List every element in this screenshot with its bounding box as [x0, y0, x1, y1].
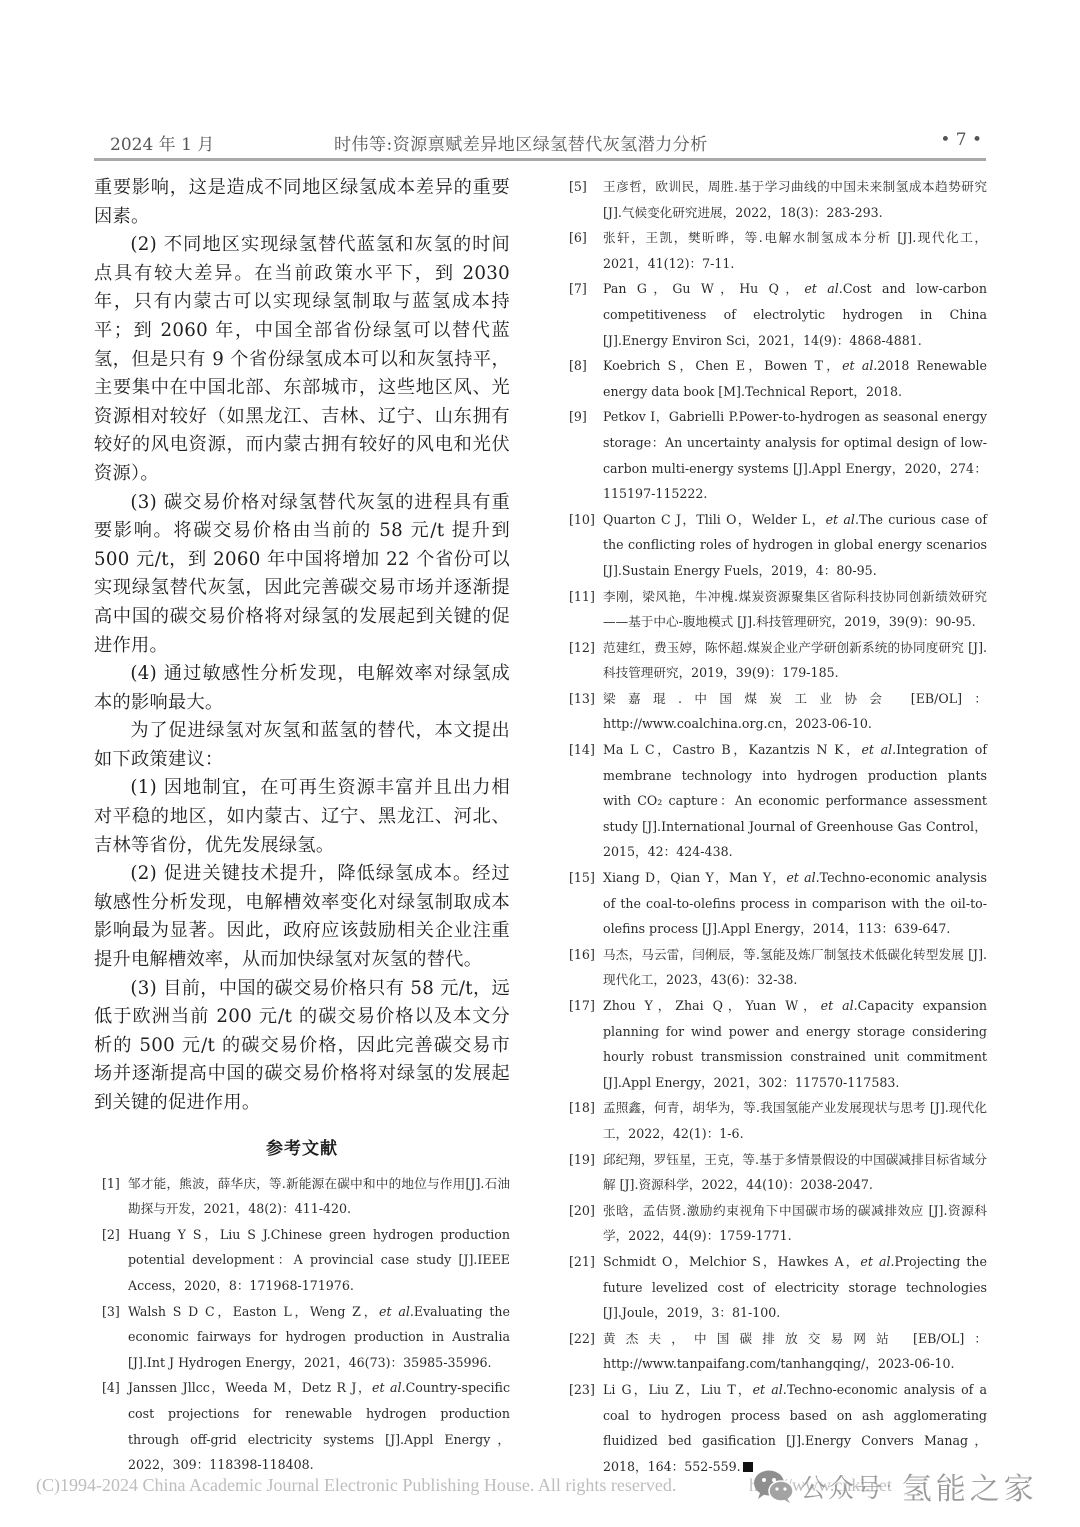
- reference-number: [14]: [569, 737, 595, 763]
- reference-number: [18]: [569, 1095, 595, 1121]
- reference-item: [2]Huang Y S，Liu S J.Chinese green hydro…: [94, 1222, 510, 1299]
- reference-text: 邱纪翔，罗钰星，王克，等.基于多情景假设的中国碳减排目标省域分解 [J].资源科…: [603, 1152, 987, 1193]
- reference-number: [8]: [569, 353, 587, 379]
- reference-item: [13]梁嘉琨.中国煤炭工业协会 [EB/OL]：http://www.coal…: [567, 686, 987, 737]
- reference-authors: Zhou Y，Zhai Q，Yuan W，: [603, 998, 821, 1013]
- reference-item: [19]邱纪翔，罗钰星，王克，等.基于多情景假设的中国碳减排目标省域分解 [J]…: [567, 1147, 987, 1198]
- watermark-label: 公众号: [800, 1468, 884, 1505]
- reference-text: Huang Y S，Liu S J.Chinese green hydrogen…: [128, 1227, 510, 1293]
- et-al: et al.: [826, 512, 859, 527]
- et-al: et al.: [753, 1382, 787, 1397]
- reference-number: [7]: [569, 276, 587, 302]
- watermark-separator: ·: [886, 1476, 892, 1497]
- et-al: et al.: [379, 1304, 414, 1319]
- reference-number: [19]: [569, 1147, 595, 1173]
- reference-text: Integration of membrane technology into …: [603, 742, 987, 859]
- reference-item: [5]王彦哲，欧训民，周胜.基于学习曲线的中国未来制氢成本趋势研究 [J].气候…: [567, 174, 987, 225]
- reference-authors: Schmidt O，Melchior S，Hawkes A，: [603, 1254, 860, 1269]
- paragraph: (2) 促进关键技术提升，降低绿氢成本。经过敏感性分析发现，电解槽效率变化对绿氢…: [94, 860, 510, 974]
- reference-text: 张轩，王凯，樊昕晔，等.电解水制氢成本分析 [J].现代化工，2021，41(1…: [603, 230, 987, 271]
- reference-number: [2]: [102, 1222, 120, 1248]
- reference-text: 范建红，费玉婷，陈怀超.煤炭企业产学研创新系统的协同度研究 [J].科技管理研究…: [603, 640, 987, 681]
- wechat-icon: [752, 1468, 796, 1504]
- reference-item: [4]Janssen Jllcc，Weeda M，Detz R J，et al.…: [94, 1375, 510, 1477]
- reference-item: [3]Walsh S D C，Easton L，Weng Z，et al.Eva…: [94, 1299, 510, 1376]
- reference-authors: Pan G，Gu W，Hu Q，: [603, 281, 804, 296]
- issue-date: 2024 年 1 月: [110, 130, 214, 155]
- reference-item: [1]邹才能，熊波，薛华庆，等.新能源在碳中和中的地位与作用[J].石油勘探与开…: [94, 1171, 510, 1222]
- reference-item: [14]Ma L C，Castro B，Kazantzis N K，et al.…: [567, 737, 987, 865]
- et-al: et al.: [842, 358, 877, 373]
- reference-item: [17]Zhou Y，Zhai Q，Yuan W，et al.Capacity …: [567, 993, 987, 1095]
- reference-item: [18]孟照鑫，何青，胡华为，等.我国氢能产业发展现状与思考 [J].现代化工，…: [567, 1095, 987, 1146]
- paragraph: (4) 通过敏感性分析发现，电解效率对绿氢成本的影响最大。: [94, 660, 510, 717]
- reference-text: 张晗，孟佶贤.激励约束视角下中国碳市场的碳减排效应 [J].资源科学，2022，…: [603, 1203, 987, 1244]
- reference-number: [21]: [569, 1249, 595, 1275]
- paragraph: (1) 因地制宜，在可再生资源丰富并且出力相对平稳的地区，如内蒙古、辽宁、黑龙江…: [94, 774, 510, 860]
- reference-number: [6]: [569, 225, 587, 251]
- reference-number: [12]: [569, 635, 595, 661]
- reference-item: [20]张晗，孟佶贤.激励约束视角下中国碳市场的碳减排效应 [J].资源科学，2…: [567, 1198, 987, 1249]
- reference-number: [22]: [569, 1326, 595, 1352]
- reference-number: [16]: [569, 942, 595, 968]
- reference-authors: Quarton C J，Tlili O，Welder L，: [603, 512, 826, 527]
- et-al: et al.: [786, 870, 819, 885]
- paragraph: 重要影响，这是造成不同地区绿氢成本差异的重要因素。: [94, 174, 510, 231]
- copyright-text: (C)1994-2024 China Academic Journal Elec…: [36, 1475, 676, 1496]
- reference-number: [9]: [569, 404, 587, 430]
- reference-item: [6]张轩，王凯，樊昕晔，等.电解水制氢成本分析 [J].现代化工，2021，4…: [567, 225, 987, 276]
- reference-item: [22]黄杰夫，中国碳排放交易网站 [EB/OL]：http://www.tan…: [567, 1326, 987, 1377]
- reference-item: [16]马杰，马云雷，闫俐辰，等.氢能及炼厂制氢技术低碳化转型发展 [J].现代…: [567, 942, 987, 993]
- reference-text: Petkov I，Gabrielli P.Power-to-hydrogen a…: [603, 409, 987, 501]
- reference-number: [15]: [569, 865, 595, 891]
- reference-number: [13]: [569, 686, 595, 712]
- right-column: [5]王彦哲，欧训民，周胜.基于学习曲线的中国未来制氢成本趋势研究 [J].气候…: [567, 174, 987, 1479]
- paragraph: (3) 目前，中国的碳交易价格只有 58 元/t，远低于欧洲当前 200 元/t…: [94, 975, 510, 1118]
- reference-authors: Walsh S D C，Easton L，Weng Z，: [128, 1304, 379, 1319]
- paragraph: (2) 不同地区实现绿氢替代蓝氢和灰氢的时间点具有较大差异。在当前政策水平下，到…: [94, 231, 510, 488]
- reference-text: 李刚，梁风艳，牛冲槐.煤炭资源聚集区省际科技协同创新绩效研究——基于中心-腹地模…: [603, 589, 987, 630]
- reference-item: [10]Quarton C J，Tlili O，Welder L，et al.T…: [567, 507, 987, 584]
- reference-item: [7]Pan G，Gu W，Hu Q，et al.Cost and low-ca…: [567, 276, 987, 353]
- et-al: et al.: [861, 742, 896, 757]
- paragraph: (3) 碳交易价格对绿氢替代灰氢的进程具有重要影响。将碳交易价格由当前的 58 …: [94, 489, 510, 661]
- reference-number: [3]: [102, 1299, 120, 1325]
- reference-number: [10]: [569, 507, 595, 533]
- reference-text: 孟照鑫，何青，胡华为，等.我国氢能产业发展现状与思考 [J].现代化工，2022…: [603, 1100, 987, 1141]
- page-number: • 7 •: [940, 130, 982, 150]
- reference-item: [15]Xiang D，Qian Y，Man Y，et al.Techno-ec…: [567, 865, 987, 942]
- reference-text: 马杰，马云雷，闫俐辰，等.氢能及炼厂制氢技术低碳化转型发展 [J].现代化工，2…: [603, 947, 987, 988]
- watermark-account-name: 氢能之家: [902, 1464, 1038, 1508]
- reference-text: 黄杰夫，中国碳排放交易网站 [EB/OL]：http://www.tanpaif…: [603, 1331, 987, 1372]
- reference-authors: Li G，Liu Z，Liu T，: [603, 1382, 753, 1397]
- reference-authors: Janssen Jllcc，Weeda M，Detz R J，: [128, 1380, 372, 1395]
- et-al: et al.: [821, 998, 858, 1013]
- et-al: et al.: [804, 281, 842, 296]
- running-title: 时伟等:资源禀赋差异地区绿氢替代灰氢潜力分析: [334, 130, 708, 155]
- et-al: et al.: [372, 1380, 406, 1395]
- reference-number: [23]: [569, 1377, 595, 1403]
- reference-number: [17]: [569, 993, 595, 1019]
- reference-number: [11]: [569, 584, 595, 610]
- reference-number: [5]: [569, 174, 587, 200]
- et-al: et al.: [860, 1254, 894, 1269]
- reference-text: 梁嘉琨.中国煤炭工业协会 [EB/OL]：http://www.coalchin…: [603, 691, 987, 732]
- reference-item: [21]Schmidt O，Melchior S，Hawkes A，et al.…: [567, 1249, 987, 1326]
- header-divider: [94, 158, 986, 161]
- reference-item: [12]范建红，费玉婷，陈怀超.煤炭企业产学研创新系统的协同度研究 [J].科技…: [567, 635, 987, 686]
- reference-text: 邹才能，熊波，薛华庆，等.新能源在碳中和中的地位与作用[J].石油勘探与开发，2…: [128, 1176, 510, 1217]
- reference-authors: Ma L C，Castro B，Kazantzis N K，: [603, 742, 861, 757]
- paragraph: 为了促进绿氢对灰氢和蓝氢的替代，本文提出如下政策建议：: [94, 717, 510, 774]
- left-column: 重要影响，这是造成不同地区绿氢成本差异的重要因素。 (2) 不同地区实现绿氢替代…: [94, 174, 510, 1478]
- reference-authors: Koebrich S，Chen E，Bowen T，: [603, 358, 842, 373]
- reference-item: [9]Petkov I，Gabrielli P.Power-to-hydroge…: [567, 404, 987, 506]
- reference-number: [20]: [569, 1198, 595, 1224]
- reference-authors: Xiang D，Qian Y，Man Y，: [603, 870, 786, 885]
- reference-number: [4]: [102, 1375, 120, 1401]
- wechat-watermark: 公众号 · 氢能之家: [752, 1466, 1038, 1506]
- reference-item: [11]李刚，梁风艳，牛冲槐.煤炭资源聚集区省际科技协同创新绩效研究——基于中心…: [567, 584, 987, 635]
- reference-item: [8]Koebrich S，Chen E，Bowen T，et al.2018 …: [567, 353, 987, 404]
- running-header: 2024 年 1 月 时伟等:资源禀赋差异地区绿氢替代灰氢潜力分析 • 7 •: [94, 128, 986, 156]
- reference-number: [1]: [102, 1171, 120, 1197]
- references-heading: 参考文献: [94, 1134, 510, 1159]
- reference-text: 王彦哲，欧训民，周胜.基于学习曲线的中国未来制氢成本趋势研究 [J].气候变化研…: [603, 179, 987, 220]
